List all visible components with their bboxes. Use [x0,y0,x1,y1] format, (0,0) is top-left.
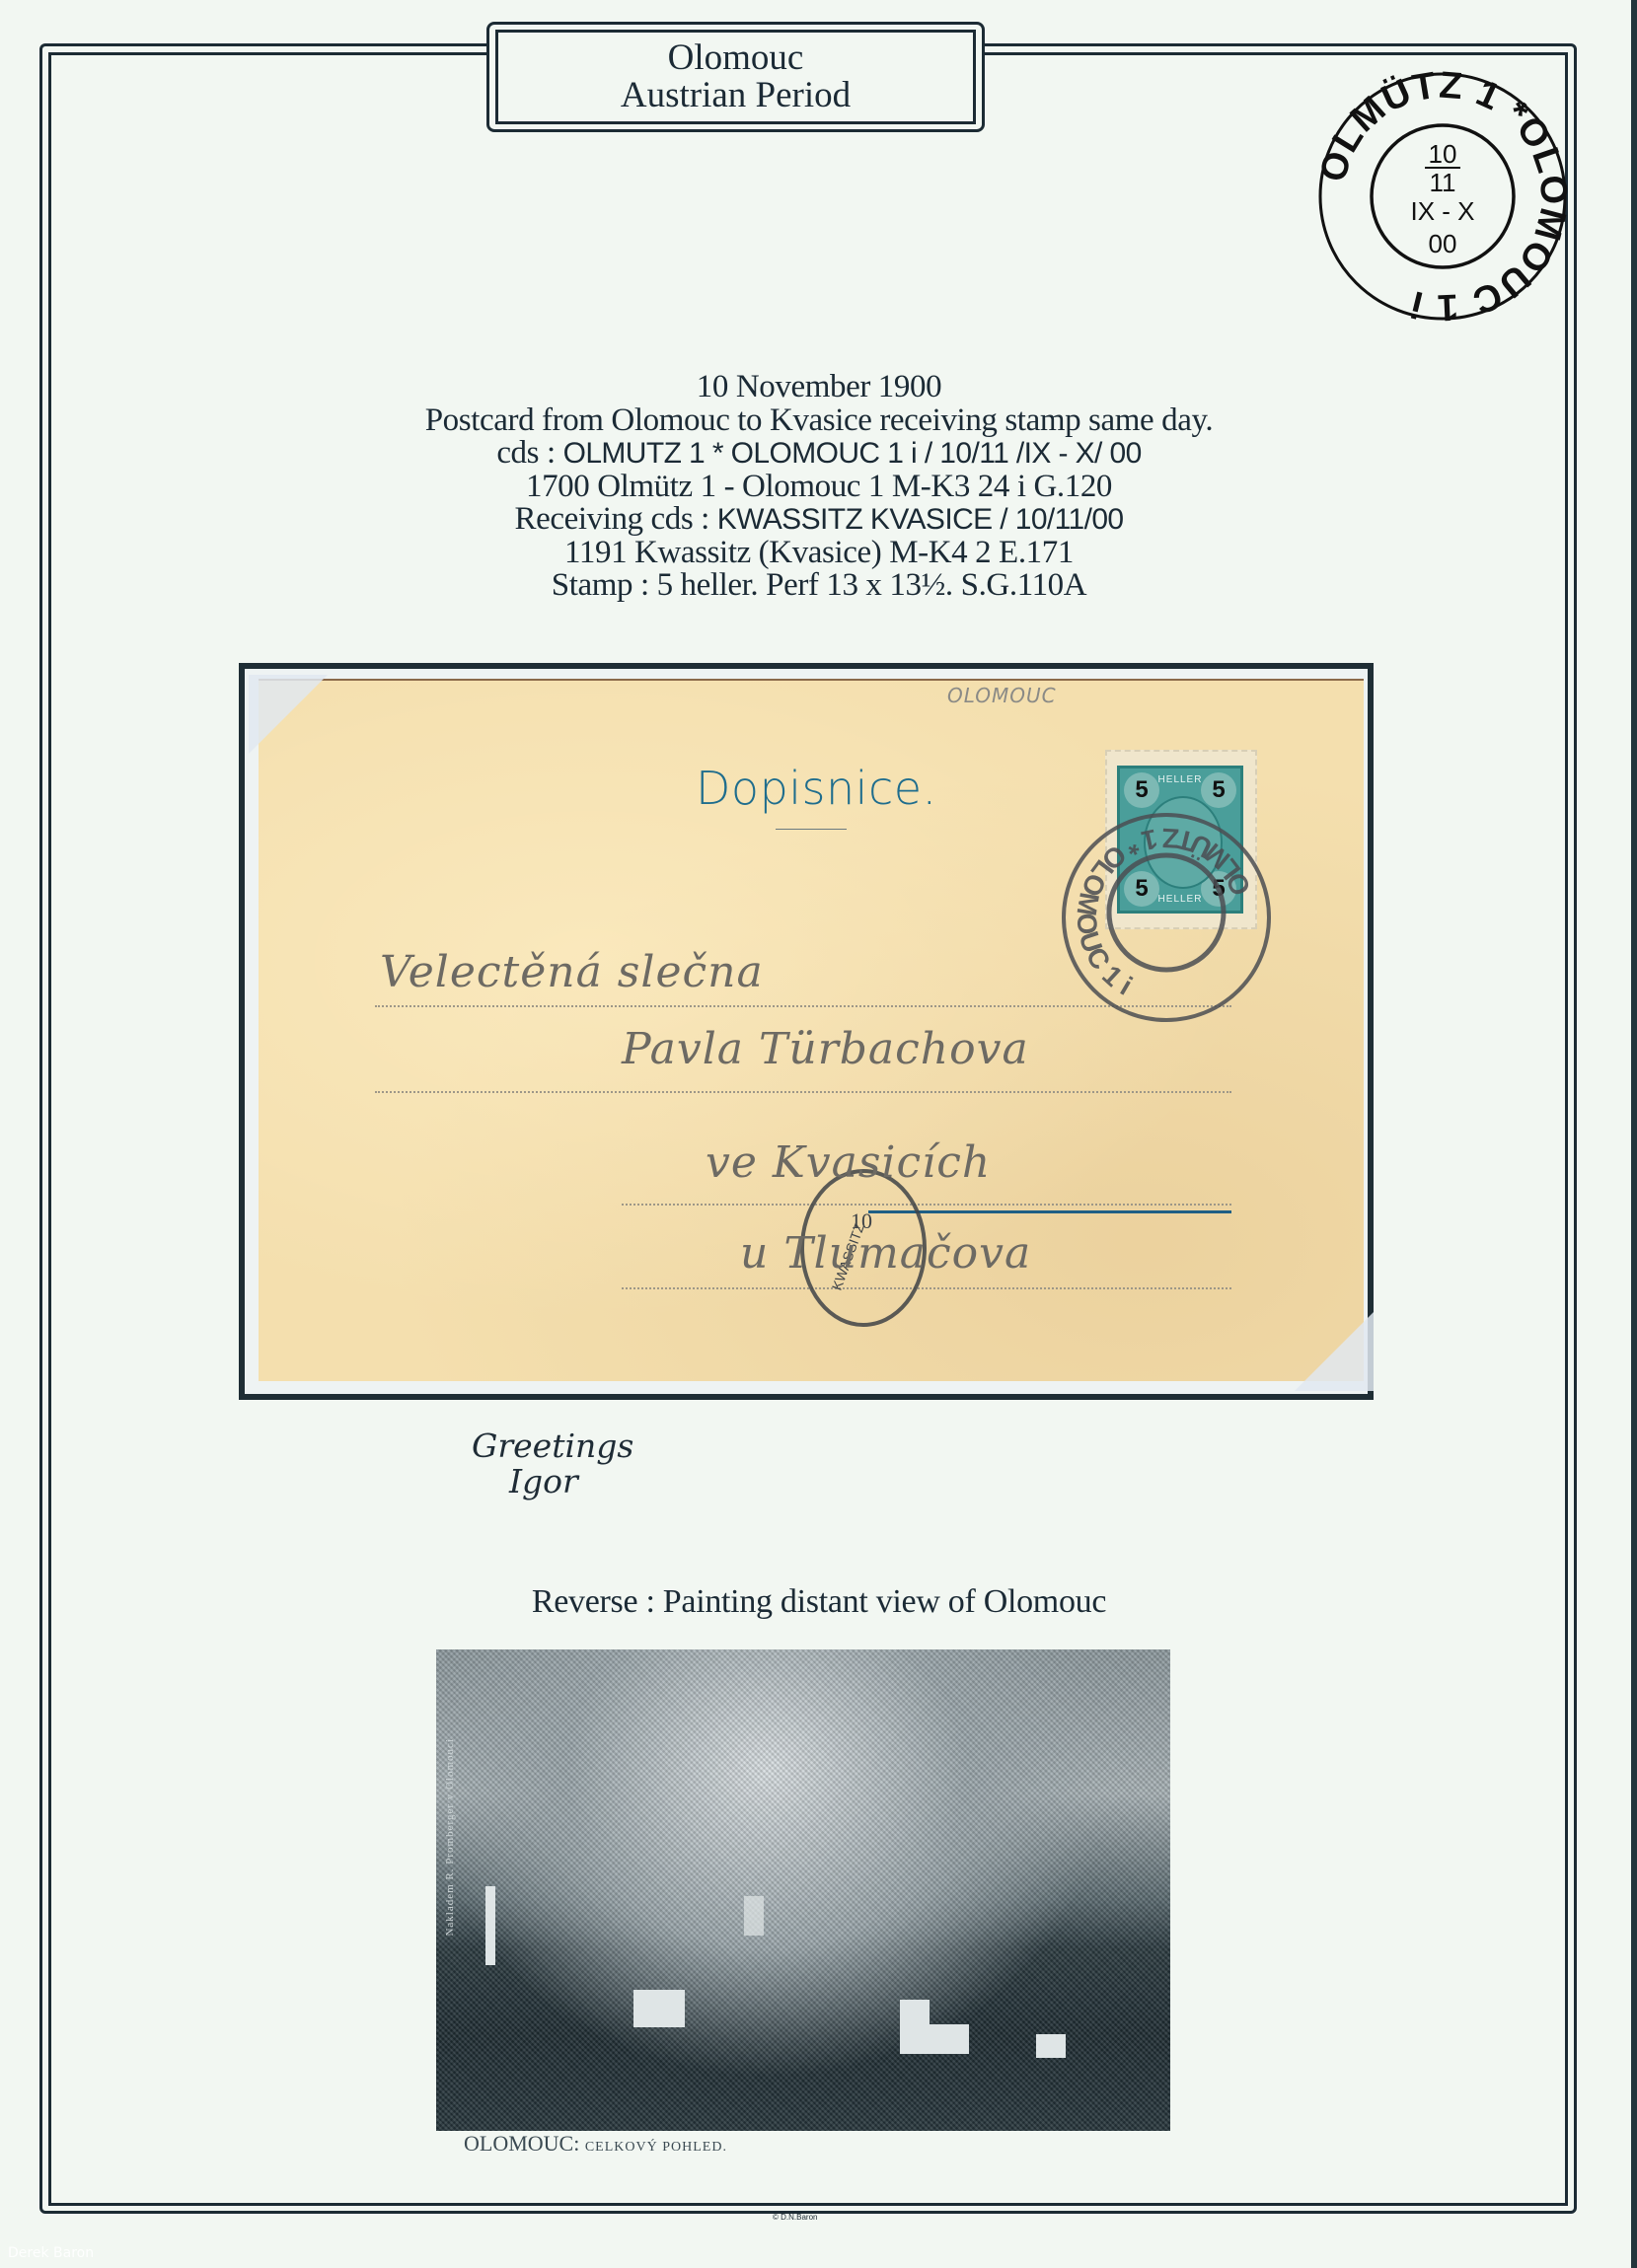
postmark-year: 00 [1429,229,1457,258]
heading-rule [776,829,847,830]
stamp-currency-top: HELLER [1120,774,1240,785]
postmark-month: 11 [1430,168,1456,197]
reverse-image-label: OLOMOUC: CELKOVÝ POHLED. [464,2131,727,2157]
postmark-illustration: OLMÜTZ 1 *OLOMOUC 1 i 10 11 IX - X 00 [1315,69,1570,324]
address-handwriting-4: u Tlumačova [740,1228,1031,1279]
description-block: 10 November 1900 Postcard from Olomouc t… [197,371,1441,603]
page-subtitle: Austrian Period [621,77,851,114]
page-title: Olomouc [668,39,804,77]
address-handwriting-2: Pavla Türbachova [622,1024,1029,1074]
copyright: © D.N.Baron [773,2213,817,2222]
reverse-caption: Reverse : Painting distant view of Olomo… [434,1583,1204,1621]
publisher-imprint: Nakladem R. Promberger v Olomouci [444,1738,456,1937]
postmark-day: 10 [1429,139,1457,169]
cds-value: OLMUTZ 1 * OLOMOUC 1 i / 10/11 /IX - X/ … [563,437,1142,470]
description-cds-catalog: 1700 Olmütz 1 - Olomouc 1 M-K3 24 i G.12… [197,471,1441,504]
description-stamp: Stamp : 5 heller. Perf 13 x 13½. S.G.110… [197,569,1441,603]
description-cds: cds : OLMUTZ 1 * OLOMOUC 1 i / 10/11 /IX… [197,437,1441,471]
receiving-cds-value: KWASSITZ KVASICE / 10/11/00 [717,503,1124,536]
origin-cancellation: OLMÜTZ 1 * OLOMOUC 1 i [1058,809,1275,1026]
postmark-hours: IX - X [1410,196,1474,226]
address-handwriting-3: ve Kvasicích [706,1137,991,1188]
title-box: Olomouc Austrian Period [495,30,976,124]
description-receiving-catalog: 1191 Kwassitz (Kvasice) M-K4 2 E.171 [197,537,1441,570]
address-handwriting-1: Velectěná slečna [380,947,764,997]
cancel-text: OLMÜTZ 1 * OLOMOUC 1 i [1071,823,1256,1001]
description-summary: Postcard from Olomouc to Kvasice receivi… [197,404,1441,438]
address-line-2 [375,1091,1231,1093]
svg-text:OLMÜTZ 1 * OLOMOUC 1 i: OLMÜTZ 1 * OLOMOUC 1 i [1071,823,1256,1001]
page-edge [1631,0,1637,2268]
postcard-heading: Dopisnice. [696,762,937,815]
pencil-note: OLOMOUC [947,684,1057,707]
description-date: 10 November 1900 [197,371,1441,404]
greetings-note: Greetings Igor [472,1428,633,1500]
watermark: Derek Baron [8,2245,94,2261]
reverse-image: Nakladem R. Promberger v Olomouci [436,1649,1170,2131]
description-receiving-cds: Receiving cds : KWASSITZ KVASICE / 10/11… [197,503,1441,537]
